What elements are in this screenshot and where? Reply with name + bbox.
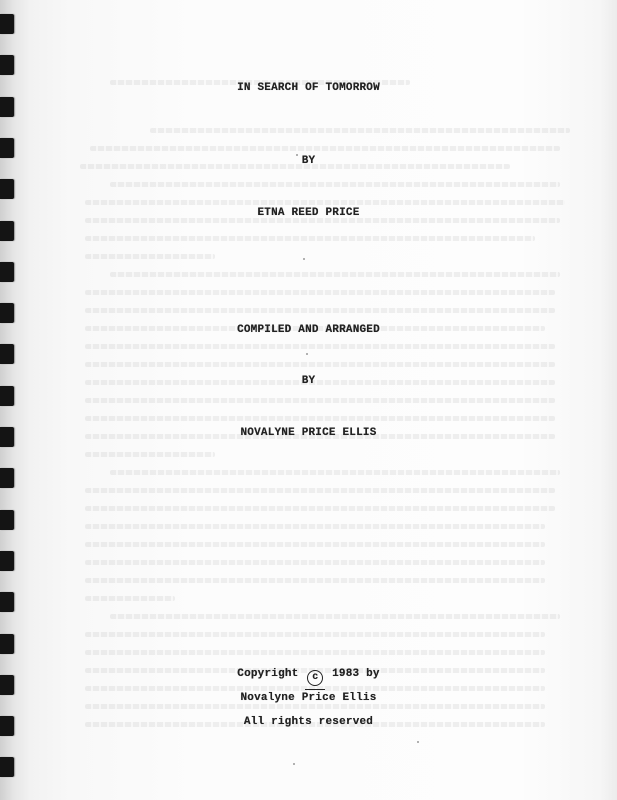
rights-statement: All rights reserved xyxy=(0,716,617,728)
show-through-line xyxy=(150,128,570,133)
show-through-line xyxy=(110,182,560,187)
paper-speck xyxy=(296,154,298,156)
compiled-arranged-label: COMPILED AND ARRANGED xyxy=(0,324,617,336)
paper-speck xyxy=(303,258,305,260)
show-through-line xyxy=(85,506,555,511)
show-through-line xyxy=(85,308,555,313)
show-through-line xyxy=(110,614,560,619)
show-through-line xyxy=(85,236,535,241)
copyright-icon: c xyxy=(307,670,323,686)
show-through-line xyxy=(85,200,565,205)
by-label-compiler: BY xyxy=(0,375,617,387)
copyright-prefix: Copyright xyxy=(237,668,298,680)
paper-speck xyxy=(417,741,419,743)
paper-speck xyxy=(293,763,295,765)
show-through-line xyxy=(85,596,175,601)
copyright-year: 1983 by xyxy=(332,668,380,680)
show-through-line xyxy=(85,254,215,259)
show-through-line xyxy=(85,650,545,655)
scanned-page: IN SEARCH OF TOMORROW BY ETNA REED PRICE… xyxy=(0,0,617,800)
show-through-line xyxy=(90,146,560,151)
by-label-author: BY xyxy=(0,155,617,167)
copyright-holder: Novalyne Price Ellis xyxy=(0,692,617,704)
show-through-line xyxy=(110,470,560,475)
show-through-line xyxy=(85,560,545,565)
show-through-line xyxy=(85,362,555,367)
show-through-line xyxy=(85,542,545,547)
paper-speck xyxy=(306,353,308,355)
author-name: ETNA REED PRICE xyxy=(0,207,617,219)
show-through-line xyxy=(85,632,545,637)
show-through-line xyxy=(85,704,545,709)
show-through-line xyxy=(85,398,555,403)
show-through-line xyxy=(85,524,545,529)
show-through-line xyxy=(85,452,215,457)
show-through-line xyxy=(85,290,555,295)
show-through-line xyxy=(85,344,555,349)
show-through-line xyxy=(85,416,555,421)
show-through-line xyxy=(85,488,555,493)
compiler-name: NOVALYNE PRICE ELLIS xyxy=(0,427,617,439)
copyright-line: Copyright c 1983 by xyxy=(0,668,617,686)
document-title: IN SEARCH OF TOMORROW xyxy=(0,82,617,94)
show-through-line xyxy=(110,272,560,277)
show-through-line xyxy=(85,578,545,583)
